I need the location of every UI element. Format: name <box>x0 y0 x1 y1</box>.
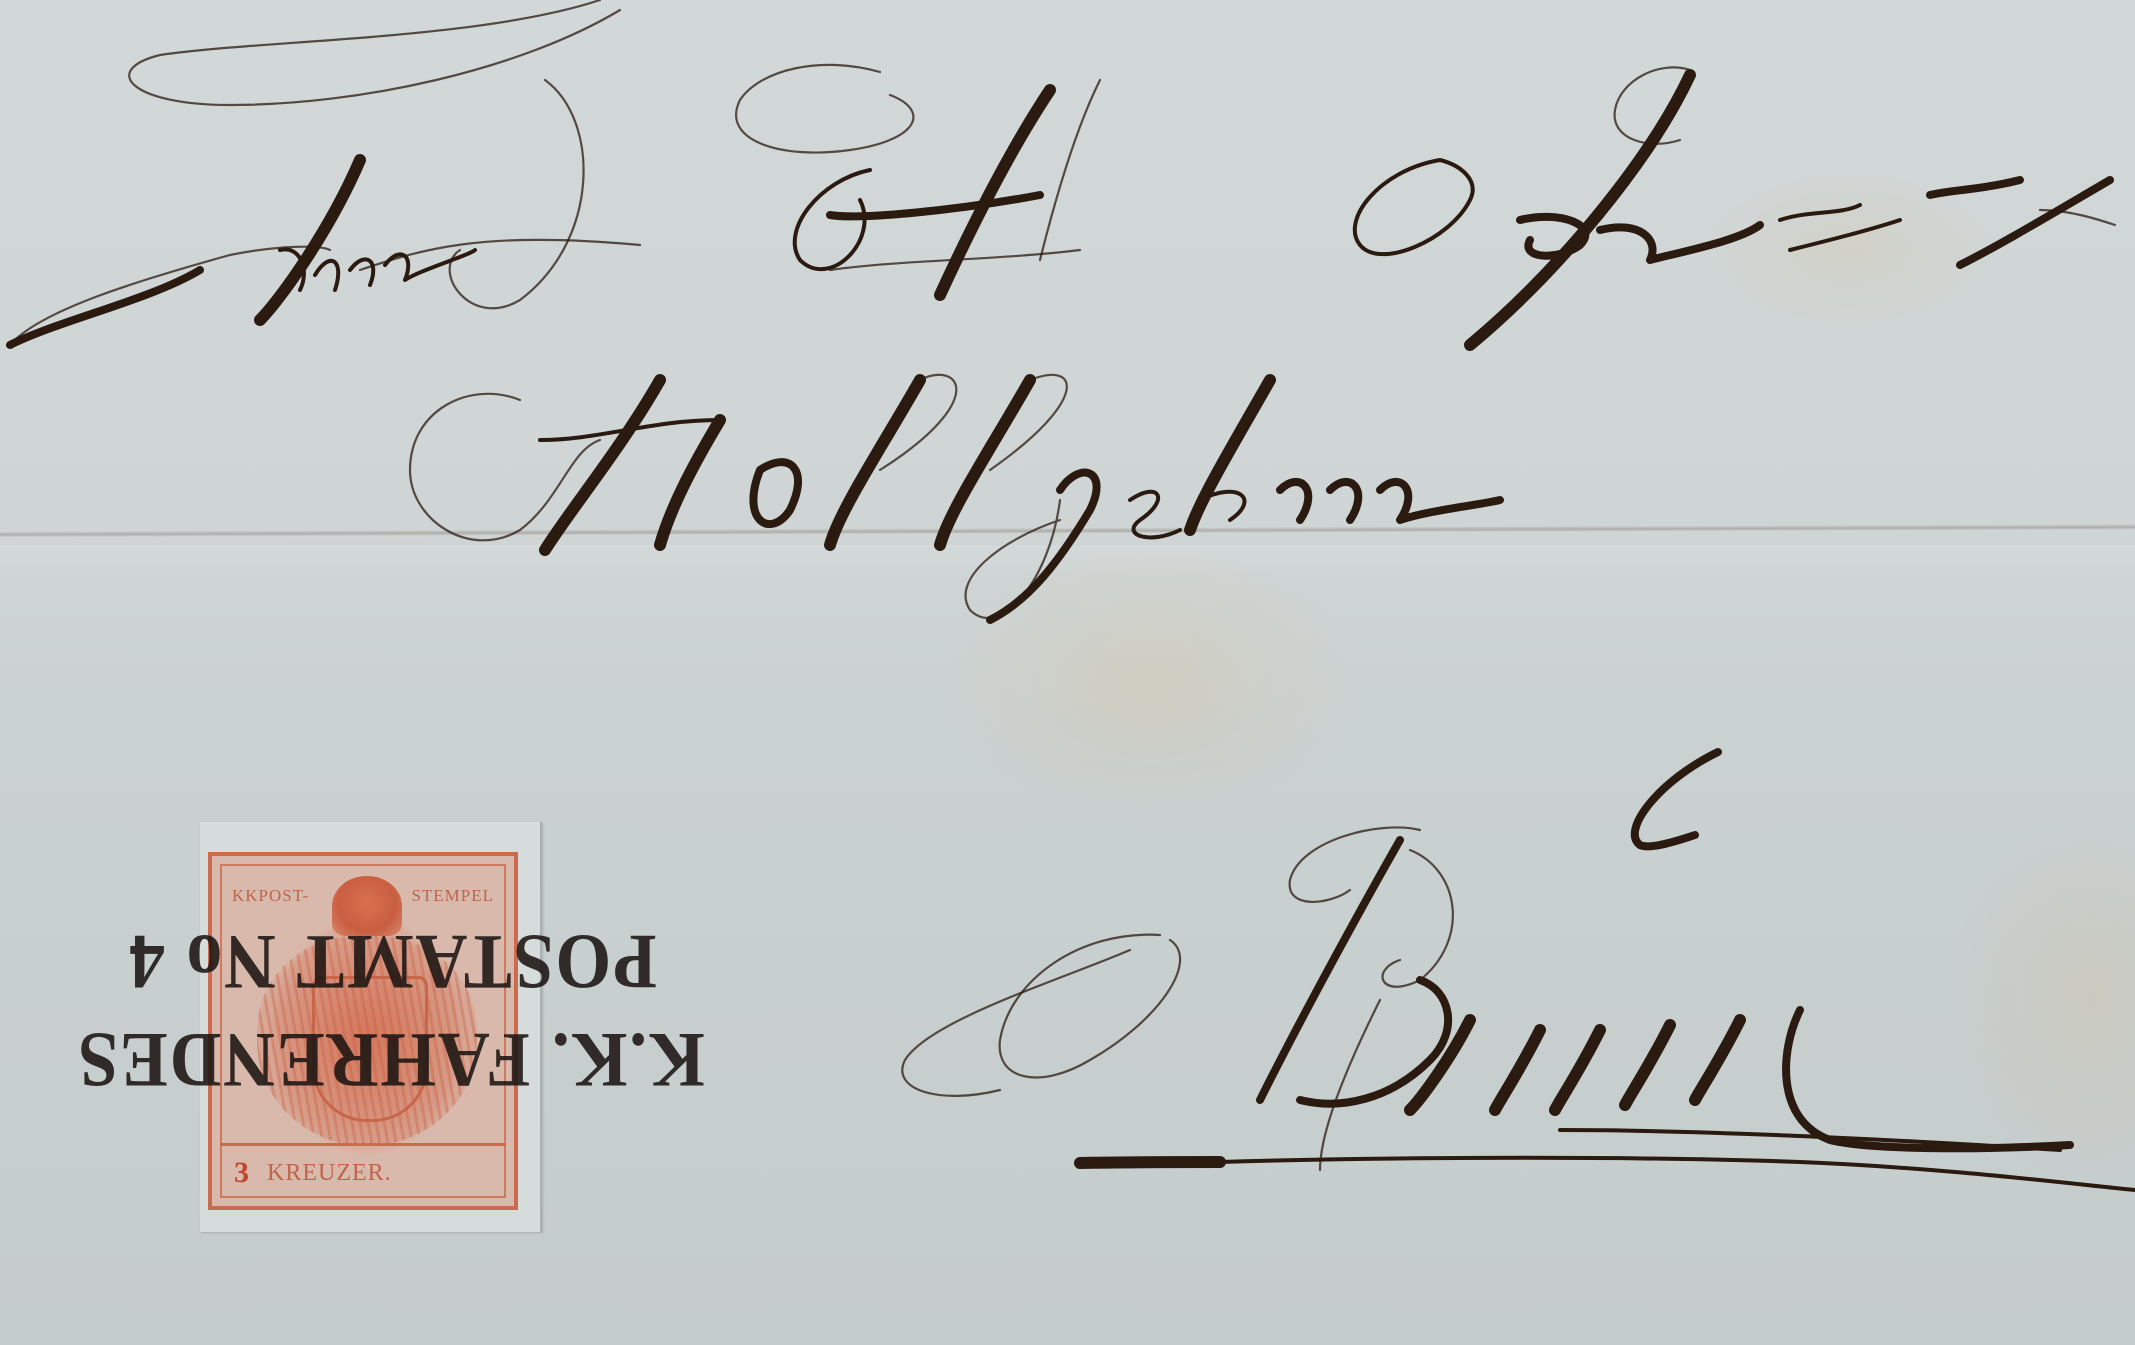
stamp-denomination: 3 <box>234 1156 249 1190</box>
underline-flourish <box>1080 1162 1220 1163</box>
address-line-3-brunn <box>902 827 2070 1170</box>
postmark-cancellation: K.K. FAHRENDES POSTAMT No 4 <box>52 900 732 1115</box>
address-line-1-stef <box>736 65 1100 295</box>
address-line-1-herrn <box>10 160 640 345</box>
postmark-line-1: K.K. FAHRENDES <box>79 1015 705 1105</box>
address-line-2-wohlgeboren <box>410 375 1500 620</box>
postmark-line-2: POSTAMT No 4 <box>79 917 705 1007</box>
address-line-1-igazz <box>1355 67 2115 345</box>
stamp-currency: KREUZER. <box>267 1160 392 1187</box>
accent-mark <box>1635 752 1718 846</box>
